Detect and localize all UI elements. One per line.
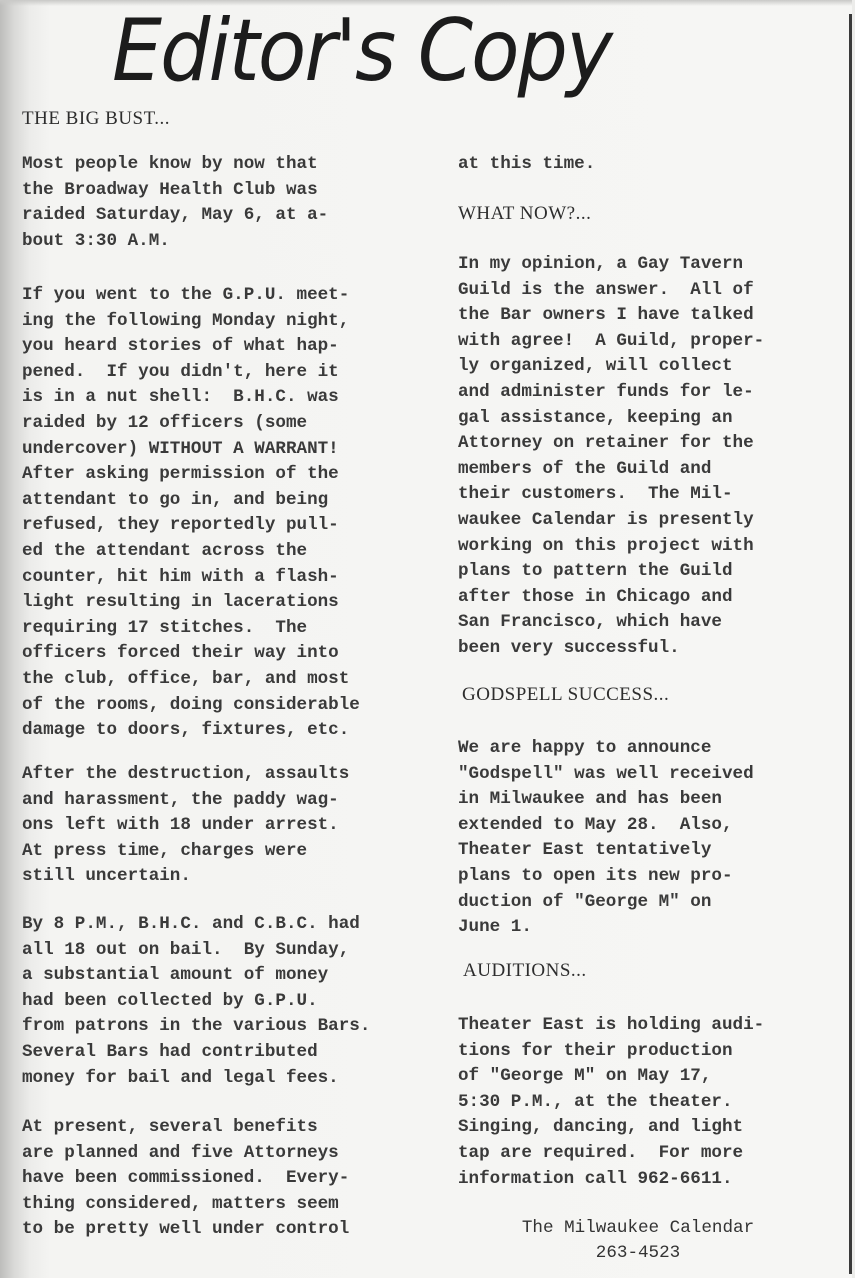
text-line: Singing, dancing, and light: [458, 1115, 764, 1141]
heading-auditions: AUDITIONS...: [463, 960, 587, 982]
text-line: damage to doors, fixtures, etc.: [22, 718, 360, 744]
text-line: raided by 12 officers (some: [22, 411, 360, 437]
text-line: members of the Guild and: [458, 457, 764, 483]
heading-what-now: WHAT NOW?...: [458, 203, 591, 225]
text-line: information call 962-6611.: [458, 1167, 764, 1193]
text-line: tions for their production: [458, 1039, 764, 1065]
text-line: had been collected by G.P.U.: [22, 989, 370, 1015]
text-line: At press time, charges were: [22, 839, 349, 865]
text-line: Theater East tentatively: [458, 838, 754, 864]
text-line: pened. If you didn't, here it: [22, 360, 360, 386]
section-auditions: Theater East is holding audi-tions for t…: [458, 0, 838, 77]
text-line: requiring 17 stitches. The: [22, 616, 360, 642]
text-line: San Francisco, which have: [458, 610, 764, 636]
text-line: from patrons in the various Bars.: [22, 1014, 370, 1040]
text-line: Guild is the answer. All of: [458, 278, 764, 304]
text-line: counter, hit him with a flash-: [22, 565, 360, 591]
text-line: been very successful.: [458, 636, 764, 662]
text-line: undercover) WITHOUT A WARRANT!: [22, 437, 360, 463]
paragraph: We are happy to announce"Godspell" was w…: [458, 736, 754, 941]
left-column: Most people know by now thatthe Broadway…: [22, 0, 442, 179]
text-line: ons left with 18 under arrest.: [22, 813, 349, 839]
text-line: duction of "George M" on: [458, 890, 754, 916]
paragraph: By 8 P.M., B.H.C. and C.B.C. hadall 18 o…: [22, 912, 370, 1091]
text-line: of "George M" on May 17,: [458, 1064, 764, 1090]
text-line: after those in Chicago and: [458, 585, 764, 611]
text-line: the Bar owners I have talked: [458, 303, 764, 329]
text-line: with agree! A Guild, proper-: [458, 329, 764, 355]
text-line: of the rooms, doing considerable: [22, 693, 360, 719]
text-line: thing considered, matters seem: [22, 1192, 349, 1218]
text-line: refused, they reportedly pull-: [22, 513, 360, 539]
text-line: the Broadway Health Club was: [22, 178, 328, 204]
text-line: tap are required. For more: [458, 1141, 764, 1167]
signature-phone: 263-4523: [488, 1243, 788, 1263]
text-line: raided Saturday, May 6, at a-: [22, 203, 328, 229]
heading-godspell-success: GODSPELL SUCCESS...: [462, 684, 669, 706]
text-line: and harassment, the paddy wag-: [22, 788, 349, 814]
text-line: June 1.: [458, 915, 754, 941]
text-line: the club, office, bar, and most: [22, 667, 360, 693]
paragraph: If you went to the G.P.U. meet-ing the f…: [22, 283, 360, 744]
text-line: extended to May 28. Also,: [458, 813, 754, 839]
text-line: 5:30 P.M., at the theater.: [458, 1090, 764, 1116]
text-line: If you went to the G.P.U. meet-: [22, 283, 360, 309]
text-line: have been commissioned. Every-: [22, 1166, 349, 1192]
paragraph: At present, several benefitsare planned …: [22, 1115, 349, 1243]
text-line: still uncertain.: [22, 864, 349, 890]
text-line: and administer funds for le-: [458, 380, 764, 406]
text-line: Several Bars had contributed: [22, 1040, 370, 1066]
text-line: you heard stories of what hap-: [22, 334, 360, 360]
text-line: We are happy to announce: [458, 736, 754, 762]
paragraph: Theater East is holding audi-tions for t…: [458, 1013, 764, 1192]
text-line: ed the attendant across the: [22, 539, 360, 565]
text-line: all 18 out on bail. By Sunday,: [22, 938, 370, 964]
text-line: attendant to go in, and being: [22, 488, 360, 514]
text-line: working on this project with: [458, 534, 764, 560]
newsletter-page: Editor's Copy THE BIG BUST... Most peopl…: [0, 0, 855, 1278]
text-line: plans to open its new pro-: [458, 864, 754, 890]
text-line: money for bail and legal fees.: [22, 1066, 370, 1092]
text-line: plans to pattern the Guild: [458, 559, 764, 585]
text-line: are planned and five Attorneys: [22, 1141, 349, 1167]
text-line: waukee Calendar is presently: [458, 508, 764, 534]
text-line: bout 3:30 A.M.: [22, 229, 328, 255]
signature-name: The Milwaukee Calendar: [488, 1218, 788, 1238]
text-line: is in a nut shell: B.H.C. was: [22, 385, 360, 411]
text-line: After the destruction, assaults: [22, 762, 349, 788]
text-line: to be pretty well under control: [22, 1217, 349, 1243]
paragraph: After the destruction, assaultsand haras…: [22, 762, 349, 890]
text-line: Theater East is holding audi-: [458, 1013, 764, 1039]
continuation-line: at this time.: [458, 152, 595, 178]
text-line: Attorney on retainer for the: [458, 431, 764, 457]
text-line: ly organized, will collect: [458, 354, 764, 380]
text-line: ing the following Monday night,: [22, 309, 360, 335]
text-line: light resulting in lacerations: [22, 590, 360, 616]
text-line: "Godspell" was well received: [458, 762, 754, 788]
text-line: After asking permission of the: [22, 462, 360, 488]
text-line: In my opinion, a Gay Tavern: [458, 252, 764, 278]
paragraph: In my opinion, a Gay TavernGuild is the …: [458, 252, 764, 662]
text-line: Most people know by now that: [22, 152, 328, 178]
text-line: gal assistance, keeping an: [458, 406, 764, 432]
text-line: their customers. The Mil-: [458, 482, 764, 508]
paragraph: Most people know by now thatthe Broadway…: [22, 152, 328, 254]
text-line: By 8 P.M., B.H.C. and C.B.C. had: [22, 912, 370, 938]
text-line: a substantial amount of money: [22, 963, 370, 989]
text-line: officers forced their way into: [22, 641, 360, 667]
text-line: At present, several benefits: [22, 1115, 349, 1141]
text-line: in Milwaukee and has been: [458, 787, 754, 813]
